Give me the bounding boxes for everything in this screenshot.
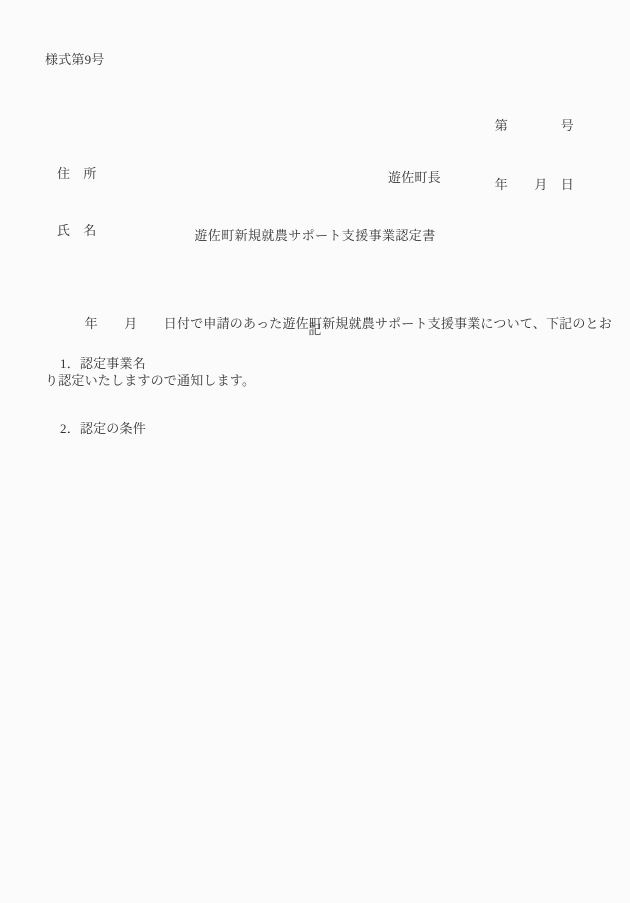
form-number: 様式第9号	[45, 52, 105, 67]
document-number-line: 第 号	[495, 116, 574, 136]
item-certification-conditions: 2．認定の条件	[60, 421, 146, 436]
document-title: 遊佐町新規就農サポート支援事業認定書	[0, 228, 630, 243]
issuer-name: 遊佐町長	[388, 170, 441, 185]
document-date-line: 年 月 日	[495, 175, 574, 195]
document-page: 様式第9号 第 号 年 月 日 住 所 氏 名 遊佐町長 遊佐町新規就農サポート…	[0, 0, 630, 903]
record-marker: 記	[0, 322, 630, 337]
body-line-2: り認定いたしますので通知します。	[45, 371, 590, 390]
recipient-block: 住 所 氏 名	[57, 126, 97, 278]
document-meta: 第 号 年 月 日	[495, 77, 574, 233]
body-paragraph: 年 月 日付で申請のあった遊佐町新規就農サポート支援事業について、下記のとお り…	[45, 276, 590, 428]
item-certified-project-name: 1．認定事業名	[60, 356, 146, 371]
recipient-address-label: 住 所	[57, 164, 97, 183]
